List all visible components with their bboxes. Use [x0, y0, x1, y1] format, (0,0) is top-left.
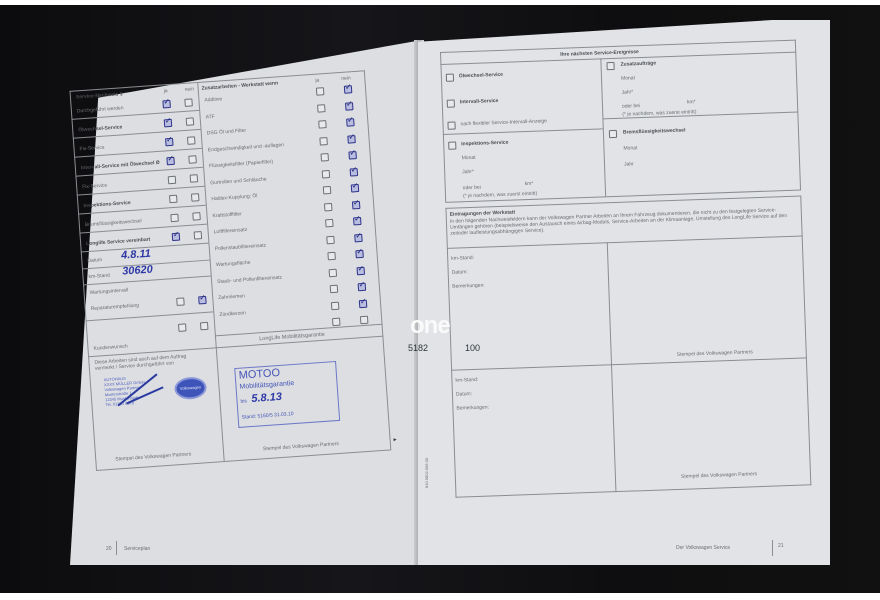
zusatz-oder-bei: oder bei — [622, 103, 640, 110]
motoo-subtitle: Mobilitätsgarantie — [239, 380, 294, 391]
next-service-form: Ihre nächsten Service-Ereignisse Ölwechs… — [440, 39, 815, 491]
entry-datum-label: Datum: — [452, 269, 468, 276]
service-row-nein-checkbox[interactable] — [192, 212, 201, 221]
extra-row-nein-checkbox[interactable] — [352, 200, 361, 209]
footer-right-stamp-label: Stempel des Volkswagen Partners — [263, 441, 339, 452]
service-row-nein-checkbox[interactable] — [194, 231, 203, 240]
extra-row-ja-checkbox[interactable] — [327, 252, 336, 261]
col-ja: ja — [164, 88, 168, 94]
datum-label: Datum — [87, 257, 102, 264]
kundenwunsch-ja-checkbox[interactable] — [178, 323, 187, 332]
reparatur-ja-checkbox[interactable] — [176, 297, 185, 306]
watermark-left-number: 5182 — [408, 343, 428, 353]
extra-row-nein-checkbox[interactable] — [350, 168, 359, 177]
extra-row-nein-checkbox[interactable] — [346, 118, 355, 127]
extra-col-nein: nein — [341, 75, 351, 82]
col-nein: nein — [184, 86, 194, 93]
service-row-nein-checkbox[interactable] — [190, 174, 199, 183]
service-row-ja-checkbox[interactable] — [166, 157, 175, 166]
extra-row-label: Pollenstaubfiltereinsatz — [215, 242, 267, 252]
extra-row-ja-checkbox[interactable] — [331, 301, 340, 310]
extra-row-ja-checkbox[interactable] — [318, 120, 327, 129]
extra-row-nein-checkbox[interactable] — [347, 135, 356, 144]
arrow-right-icon: ► — [392, 437, 397, 443]
extra-row-ja-checkbox[interactable] — [324, 202, 333, 211]
extra-row-ja-checkbox[interactable] — [326, 235, 335, 244]
extra-row-label: Luftfiltereinsatz — [213, 227, 247, 235]
datum-value: 4.8.11 — [121, 248, 152, 262]
bremsfl-jahr: Jahr — [624, 161, 634, 167]
one-logo: one — [410, 312, 450, 340]
zusatz-checkbox[interactable] — [606, 62, 614, 70]
reparatur-nein-checkbox[interactable] — [198, 296, 207, 305]
extra-row-label: Flüssigkeitsfilter (Papierfilter) — [209, 159, 273, 169]
extra-row-label: Zahnriemen — [218, 293, 245, 301]
km-value: 30620 — [122, 264, 153, 278]
kundenwunsch-label: Kundenwunsch — [93, 343, 128, 351]
zusatz-km: km* — [687, 99, 696, 105]
inspektion-label: Inspektions-Service — [461, 140, 508, 148]
intervall-flex-checkbox[interactable] — [447, 122, 455, 130]
extra-row-ja-checkbox[interactable] — [317, 104, 326, 113]
entry-bem-label: Bemerkungen: — [456, 405, 489, 412]
inspektion-jahr: Jahr* — [462, 169, 474, 175]
service-row-ja-checkbox[interactable] — [165, 138, 174, 147]
service-row-label: Fix-Service — [79, 145, 104, 153]
extra-row-ja-checkbox[interactable] — [319, 137, 328, 146]
inspektion-footnote: (* je nachdem, was zuerst eintritt) — [463, 191, 537, 200]
partner-stamp: AUTOHAUSXXXX MÜLLER GmbHVolkswagen Partn… — [104, 370, 208, 437]
service-row-nein-checkbox[interactable] — [184, 98, 193, 107]
inspektion-oder-bei: oder bei — [463, 185, 481, 192]
service-row-nein-checkbox[interactable] — [188, 155, 197, 164]
zusatz-label: Zusatzaufträge — [620, 60, 656, 67]
service-row-ja-checkbox[interactable] — [170, 214, 179, 223]
footer-left-stamp-label: Stempel des Volkswagen Partners — [115, 451, 191, 462]
extra-row-label: Zündkerzen — [219, 310, 246, 318]
entry-km-label: km-Stand: — [455, 377, 478, 384]
service-row-nein-checkbox[interactable] — [187, 136, 196, 145]
wartung-label: Wartungsintervall — [89, 287, 128, 296]
bremsfl-checkbox[interactable] — [609, 130, 617, 138]
extra-row-nein-checkbox[interactable] — [355, 250, 364, 259]
extra-row-label: Additive — [204, 96, 222, 103]
motoo-bis-label: bis — [240, 398, 247, 404]
extra-row-ja-checkbox[interactable] — [329, 268, 338, 277]
motoo-stamp: MOTOO Mobilitätsgarantie bis 5.8.13 Stan… — [234, 361, 340, 428]
left-page-footer: Serviceplan — [124, 546, 150, 552]
extra-row-nein-checkbox[interactable] — [356, 266, 365, 275]
inspektion-checkbox[interactable] — [448, 141, 456, 149]
extra-row-ja-checkbox[interactable] — [316, 87, 325, 96]
left-page-number: 20 — [106, 546, 112, 552]
extra-row-label: ATF — [205, 113, 214, 120]
intervall-checkbox[interactable] — [447, 100, 455, 108]
entry-stamp-label: Stempel des Volkswagen Partners — [677, 349, 753, 358]
zusatz-jahr: Jahr* — [621, 89, 633, 95]
intervall-label: Intervall-Service — [460, 98, 499, 105]
reparatur-label: Reparaturempfehlung — [91, 303, 140, 312]
zusatz-monat: Monat — [621, 75, 635, 81]
service-row-ja-checkbox[interactable] — [169, 195, 178, 204]
service-row-ja-checkbox[interactable] — [164, 119, 173, 128]
extra-row-nein-checkbox[interactable] — [360, 316, 369, 325]
inspektion-km: km* — [525, 181, 534, 187]
extra-row-label: Haldex-Kupplung: Öl — [211, 193, 257, 202]
extra-row-ja-checkbox[interactable] — [332, 318, 341, 327]
extra-row-nein-checkbox[interactable] — [353, 217, 362, 226]
extra-row-nein-checkbox[interactable] — [344, 85, 353, 94]
extra-row-ja-checkbox[interactable] — [320, 153, 329, 162]
extra-row-nein-checkbox[interactable] — [358, 283, 367, 292]
motoo-stand: Stand: 5160/5 31.03.10 — [241, 411, 293, 421]
entry-bem-label: Bemerkungen: — [452, 283, 485, 290]
motoo-title: MOTOO — [238, 367, 280, 382]
section-title: Service-Nachweis 1 — [76, 91, 123, 100]
oelwechsel-label: Ölwechsel-Service — [459, 72, 503, 80]
extra-header: Zusatzarbeiten - Werkstatt wenn — [201, 80, 278, 91]
service-row-nein-checkbox[interactable] — [186, 117, 195, 126]
intervall-note: nach flexibler Service-Intervall-Anzeige — [460, 118, 547, 127]
service-row-label: Bremsflüssigkeitswechsel — [85, 218, 142, 228]
service-row-ja-checkbox[interactable] — [172, 233, 181, 242]
extra-row-ja-checkbox[interactable] — [322, 169, 331, 178]
service-row-ja-checkbox[interactable] — [168, 176, 177, 185]
service-row-nein-checkbox[interactable] — [191, 193, 200, 202]
bremsfl-monat: Monat — [623, 145, 637, 151]
entry-stamp-label: Stempel des Volkswagen Partners — [681, 471, 757, 480]
service-row-label: Inspektions-Service — [83, 200, 131, 209]
entry-km-label: km-Stand: — [451, 255, 474, 262]
kundenwunsch-nein-checkbox[interactable] — [200, 322, 209, 331]
extra-row-label: Endgeschwindigkeit und -auflagen — [208, 142, 284, 153]
service-record-form: Service-Nachweis 1 ja nein Durchgeführt … — [67, 40, 395, 470]
extra-col-ja: ja — [315, 77, 319, 83]
entry-datum-label: Datum: — [456, 391, 472, 398]
right-page-number: 21 — [778, 543, 784, 549]
extra-row-nein-checkbox[interactable] — [345, 102, 354, 111]
service-row-label: Fix-Service — [82, 183, 107, 191]
service-row-ja-checkbox[interactable] — [162, 100, 171, 109]
bremsfl-label: Bremsflüssigkeitswechsel — [623, 127, 686, 135]
extra-row-label: Wartungsfläche — [216, 260, 251, 268]
extra-row-ja-checkbox[interactable] — [323, 186, 332, 195]
extra-row-nein-checkbox[interactable] — [348, 151, 357, 160]
page-number-divider — [116, 541, 117, 555]
extra-row-label: Gurtrollen und Schläuche — [210, 176, 267, 186]
extra-row-label: DSG Öl und Filter — [207, 128, 247, 137]
extra-row-nein-checkbox[interactable] — [354, 233, 363, 242]
service-row-label: Ölwechsel-Service — [78, 124, 123, 133]
service-row-label: Longlife Service vereinbart — [86, 237, 150, 247]
right-page-number-divider — [772, 540, 773, 556]
extra-row-nein-checkbox[interactable] — [359, 299, 368, 308]
side-code: 810 5802.009.00 — [424, 458, 429, 488]
extra-row-label: Kraftstofffilter — [212, 211, 242, 219]
extra-row-nein-checkbox[interactable] — [351, 184, 360, 193]
oelwechsel-checkbox[interactable] — [446, 74, 454, 82]
watermark-right-number: 100 — [465, 343, 480, 353]
service-row-label: Durchgeführt werden — [77, 105, 124, 114]
km-label: km-Stand — [88, 273, 110, 280]
extra-row-ja-checkbox[interactable] — [330, 285, 339, 294]
inspektion-monat: Monat — [462, 155, 476, 161]
motoo-bis-value: 5.8.13 — [251, 391, 282, 405]
extra-row-ja-checkbox[interactable] — [325, 219, 334, 228]
extra-row-label: Staub- und Pollenfiltereinsatz — [217, 274, 282, 285]
right-page-footer: Der Volkswagen Service — [676, 545, 730, 551]
